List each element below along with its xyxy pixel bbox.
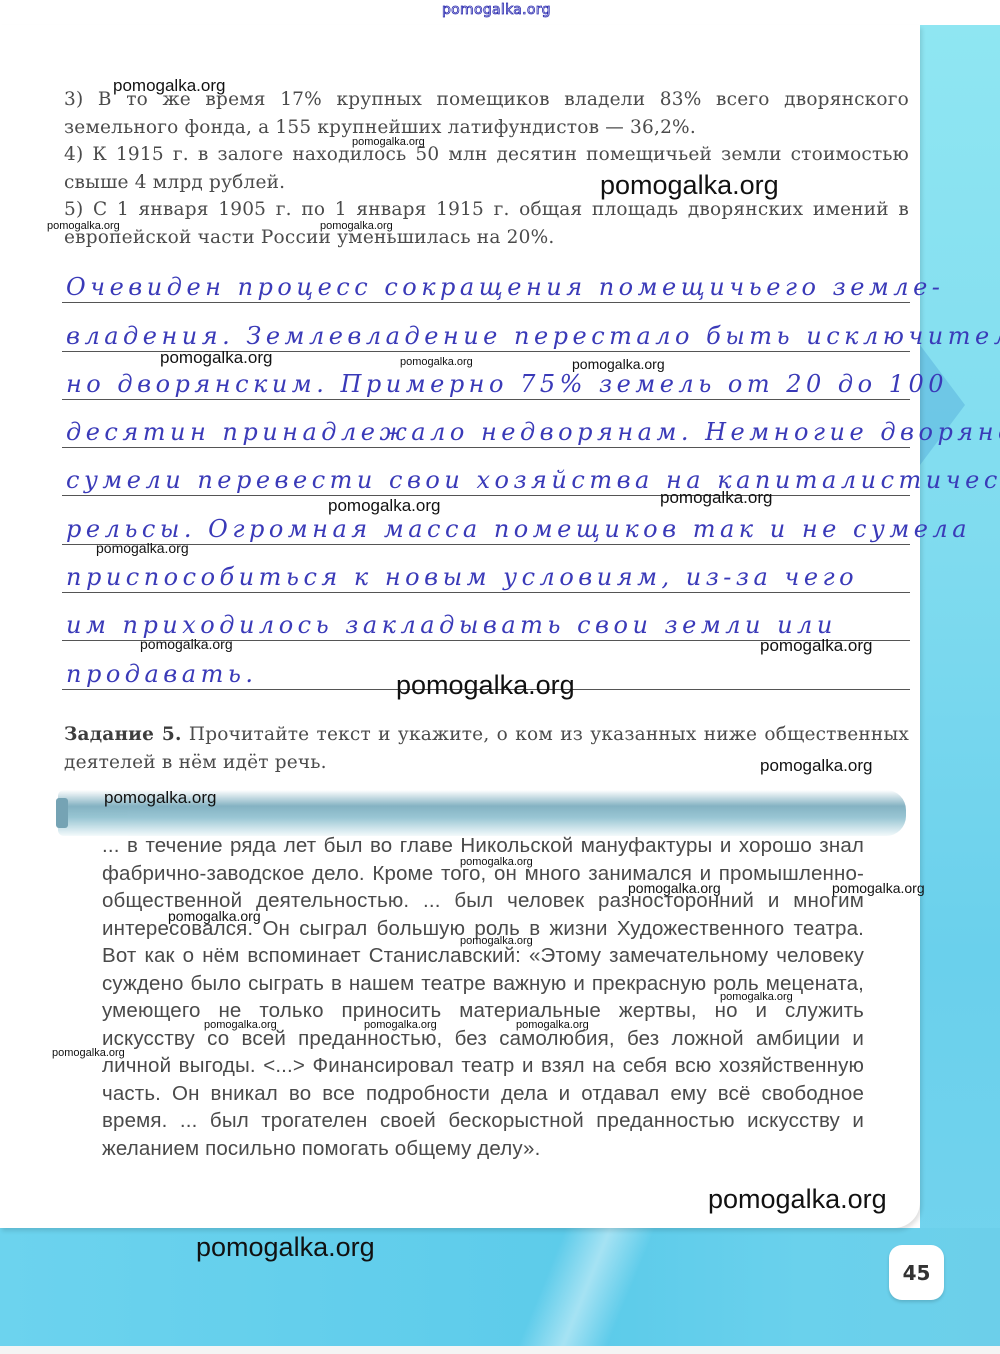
watermark: pomogalka.org xyxy=(204,1019,277,1031)
watermark: pomogalka.org xyxy=(320,220,393,232)
watermark: pomogalka.org xyxy=(720,991,793,1003)
answer-text: продавать. xyxy=(66,660,258,688)
watermark: pomogalka.org xyxy=(352,136,425,148)
watermark: pomogalka.org xyxy=(96,540,189,556)
watermark: pomogalka.org xyxy=(400,356,473,368)
watermark: pomogalka.org xyxy=(460,856,533,868)
watermark: pomogalka.org xyxy=(660,488,772,508)
watermark: pomogalka.org xyxy=(168,908,261,924)
watermark: pomogalka.org xyxy=(760,756,872,776)
watermark: pomogalka.org xyxy=(47,220,120,232)
answer-line: сумели перевести свои хозяйства на капит… xyxy=(62,448,910,496)
decor-light-streak xyxy=(515,1228,656,1354)
watermark: pomogalka.org xyxy=(760,636,872,656)
answer-line: десятин принадлежало недворянам. Немноги… xyxy=(62,400,910,448)
answer-line: рельсы. Огромная масса помещиков так и н… xyxy=(62,496,910,544)
watermark: pomogalka.org xyxy=(52,1047,125,1059)
page-number: 45 xyxy=(889,1245,944,1300)
top-watermark: pomogalka.org xyxy=(442,2,551,18)
handwritten-answer: Очевиден процесс сокращения помещичьего … xyxy=(62,255,910,690)
answer-text: рельсы. Огромная масса помещиков так и н… xyxy=(66,515,971,543)
watermark: pomogalka.org xyxy=(396,670,575,701)
facts-list: 3) В то же время 17% крупных помещиков в… xyxy=(64,86,909,251)
watermark: pomogalka.org xyxy=(708,1184,887,1215)
task-5-label: Задание 5. xyxy=(64,724,182,745)
answer-line: приспособиться к новым условиям, из-за ч… xyxy=(62,545,910,593)
decor-triangle xyxy=(920,345,965,465)
watermark: pomogalka.org xyxy=(160,348,272,368)
watermark: pomogalka.org xyxy=(113,76,225,96)
watermark: pomogalka.org xyxy=(140,636,233,652)
watermark: pomogalka.org xyxy=(196,1232,375,1263)
watermark: pomogalka.org xyxy=(460,935,533,947)
watermark: pomogalka.org xyxy=(328,496,440,516)
answer-text: владения. Землевладение перестало быть и… xyxy=(66,322,1000,350)
fact-5: 5) С 1 января 1905 г. по 1 января 1915 г… xyxy=(64,196,909,251)
watermark: pomogalka.org xyxy=(364,1019,437,1031)
answer-line: Очевиден процесс сокращения помещичьего … xyxy=(62,255,910,303)
answer-text: приспособиться к новым условиям, из-за ч… xyxy=(66,563,858,591)
answer-line: владения. Землевладение перестало быть и… xyxy=(62,303,910,351)
answer-text: но дворянским. Примерно 75% земель от 20… xyxy=(66,370,948,398)
watermark: pomogalka.org xyxy=(516,1019,589,1031)
answer-line: им приходилось закладывать свои земли ил… xyxy=(62,593,910,641)
side-decor-strip xyxy=(920,25,1000,1354)
bottom-decor-band xyxy=(0,1228,1000,1354)
answer-text: сумели перевести свои хозяйства на капит… xyxy=(66,466,1000,494)
watermark: pomogalka.org xyxy=(572,356,665,372)
watermark: pomogalka.org xyxy=(600,170,779,201)
bottom-edge xyxy=(0,1346,1000,1354)
watermark: pomogalka.org xyxy=(104,788,216,808)
fact-4: 4) К 1915 г. в залоге находилось 50 млн … xyxy=(64,141,909,196)
answer-text: десятин принадлежало недворянам. Немноги… xyxy=(66,418,1000,446)
answer-text: Очевиден процесс сокращения помещичьего … xyxy=(66,273,944,301)
watermark: pomogalka.org xyxy=(628,880,721,896)
watermark: pomogalka.org xyxy=(832,880,925,896)
